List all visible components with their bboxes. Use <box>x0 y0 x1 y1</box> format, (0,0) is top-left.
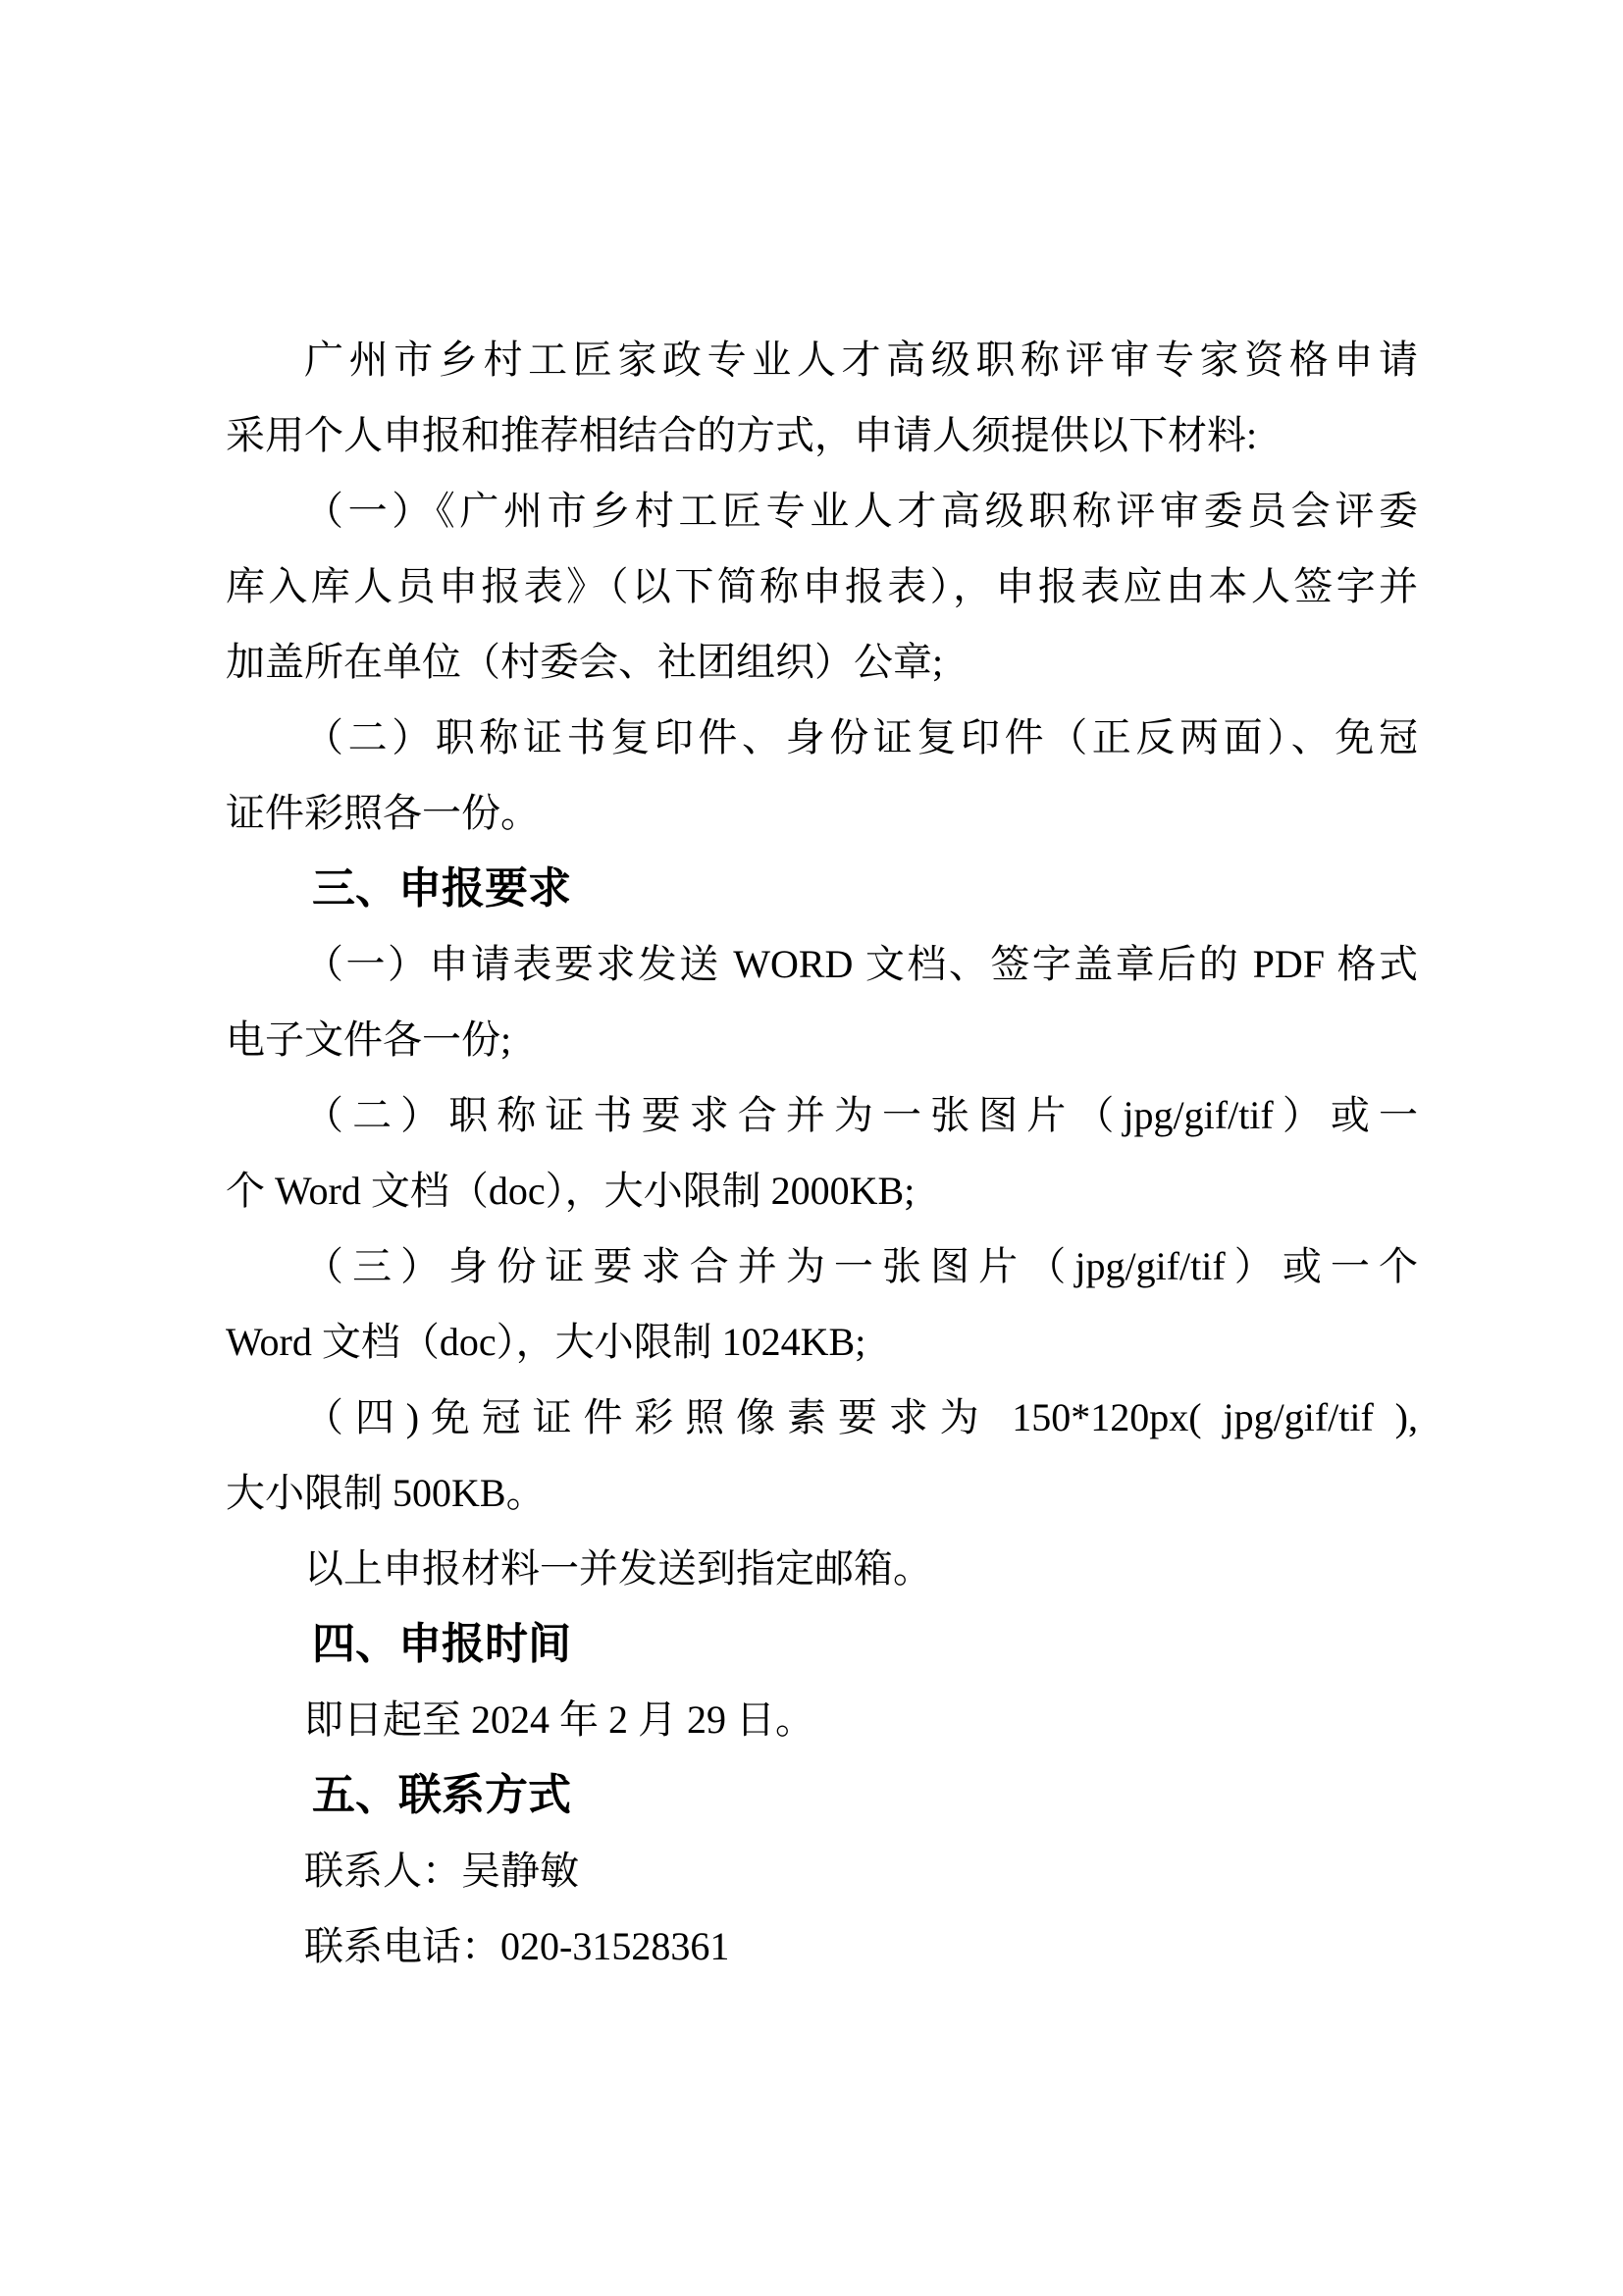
paragraph-line: （一）申请表要求发送 WORD 文档、签字盖章后的 PDF 格式 <box>226 926 1418 1002</box>
document-text-block: 广州市乡村工匠家政专业人才高级职称评审专家资格申请 采用个人申报和推荐相结合的方… <box>226 322 1418 1984</box>
paragraph-line: 即日起至 2024 年 2 月 29 日。 <box>226 1682 1418 1757</box>
paragraph-line: 证件彩照各一份。 <box>226 775 1418 851</box>
section-heading: 三、申报要求 <box>226 851 1418 926</box>
paragraph-line: 采用个人申报和推荐相结合的方式，申请人须提供以下材料: <box>226 397 1418 473</box>
contact-phone-line: 联系电话：020-31528361 <box>226 1908 1418 1984</box>
paragraph-line: 加盖所在单位（村委会、社团组织）公章; <box>226 624 1418 700</box>
section-heading: 四、申报时间 <box>226 1606 1418 1682</box>
section-heading: 五、联系方式 <box>226 1757 1418 1833</box>
document-page: 广州市乡村工匠家政专业人才高级职称评审专家资格申请 采用个人申报和推荐相结合的方… <box>0 0 1623 2296</box>
paragraph-line: 个 Word 文档（doc），大小限制 2000KB; <box>226 1153 1418 1228</box>
paragraph-line: 广州市乡村工匠家政专业人才高级职称评审专家资格申请 <box>226 322 1418 397</box>
paragraph-line: 以上申报材料一并发送到指定邮箱。 <box>226 1531 1418 1606</box>
paragraph-line: 大小限制 500KB。 <box>226 1455 1418 1531</box>
paragraph-line: 库入库人员申报表》（以下简称申报表），申报表应由本人签字并 <box>226 548 1418 624</box>
paragraph-line: （二）职称证书要求合并为一张图片（jpg/gif/tif）或一 <box>226 1077 1418 1153</box>
paragraph-line: （三）身份证要求合并为一张图片（jpg/gif/tif）或一个 <box>226 1228 1418 1304</box>
paragraph-line: （二）职称证书复印件、身份证复印件（正反两面）、免冠 <box>226 700 1418 775</box>
paragraph-line: Word 文档（doc），大小限制 1024KB; <box>226 1304 1418 1380</box>
contact-person-line: 联系人：吴静敏 <box>226 1833 1418 1908</box>
paragraph-line: （一）《广州市乡村工匠专业人才高级职称评审委员会评委 <box>226 473 1418 548</box>
paragraph-line: （四)免冠证件彩照像素要求为 150*120px( jpg/gif/tif ), <box>226 1380 1418 1455</box>
paragraph-line: 电子文件各一份; <box>226 1002 1418 1077</box>
